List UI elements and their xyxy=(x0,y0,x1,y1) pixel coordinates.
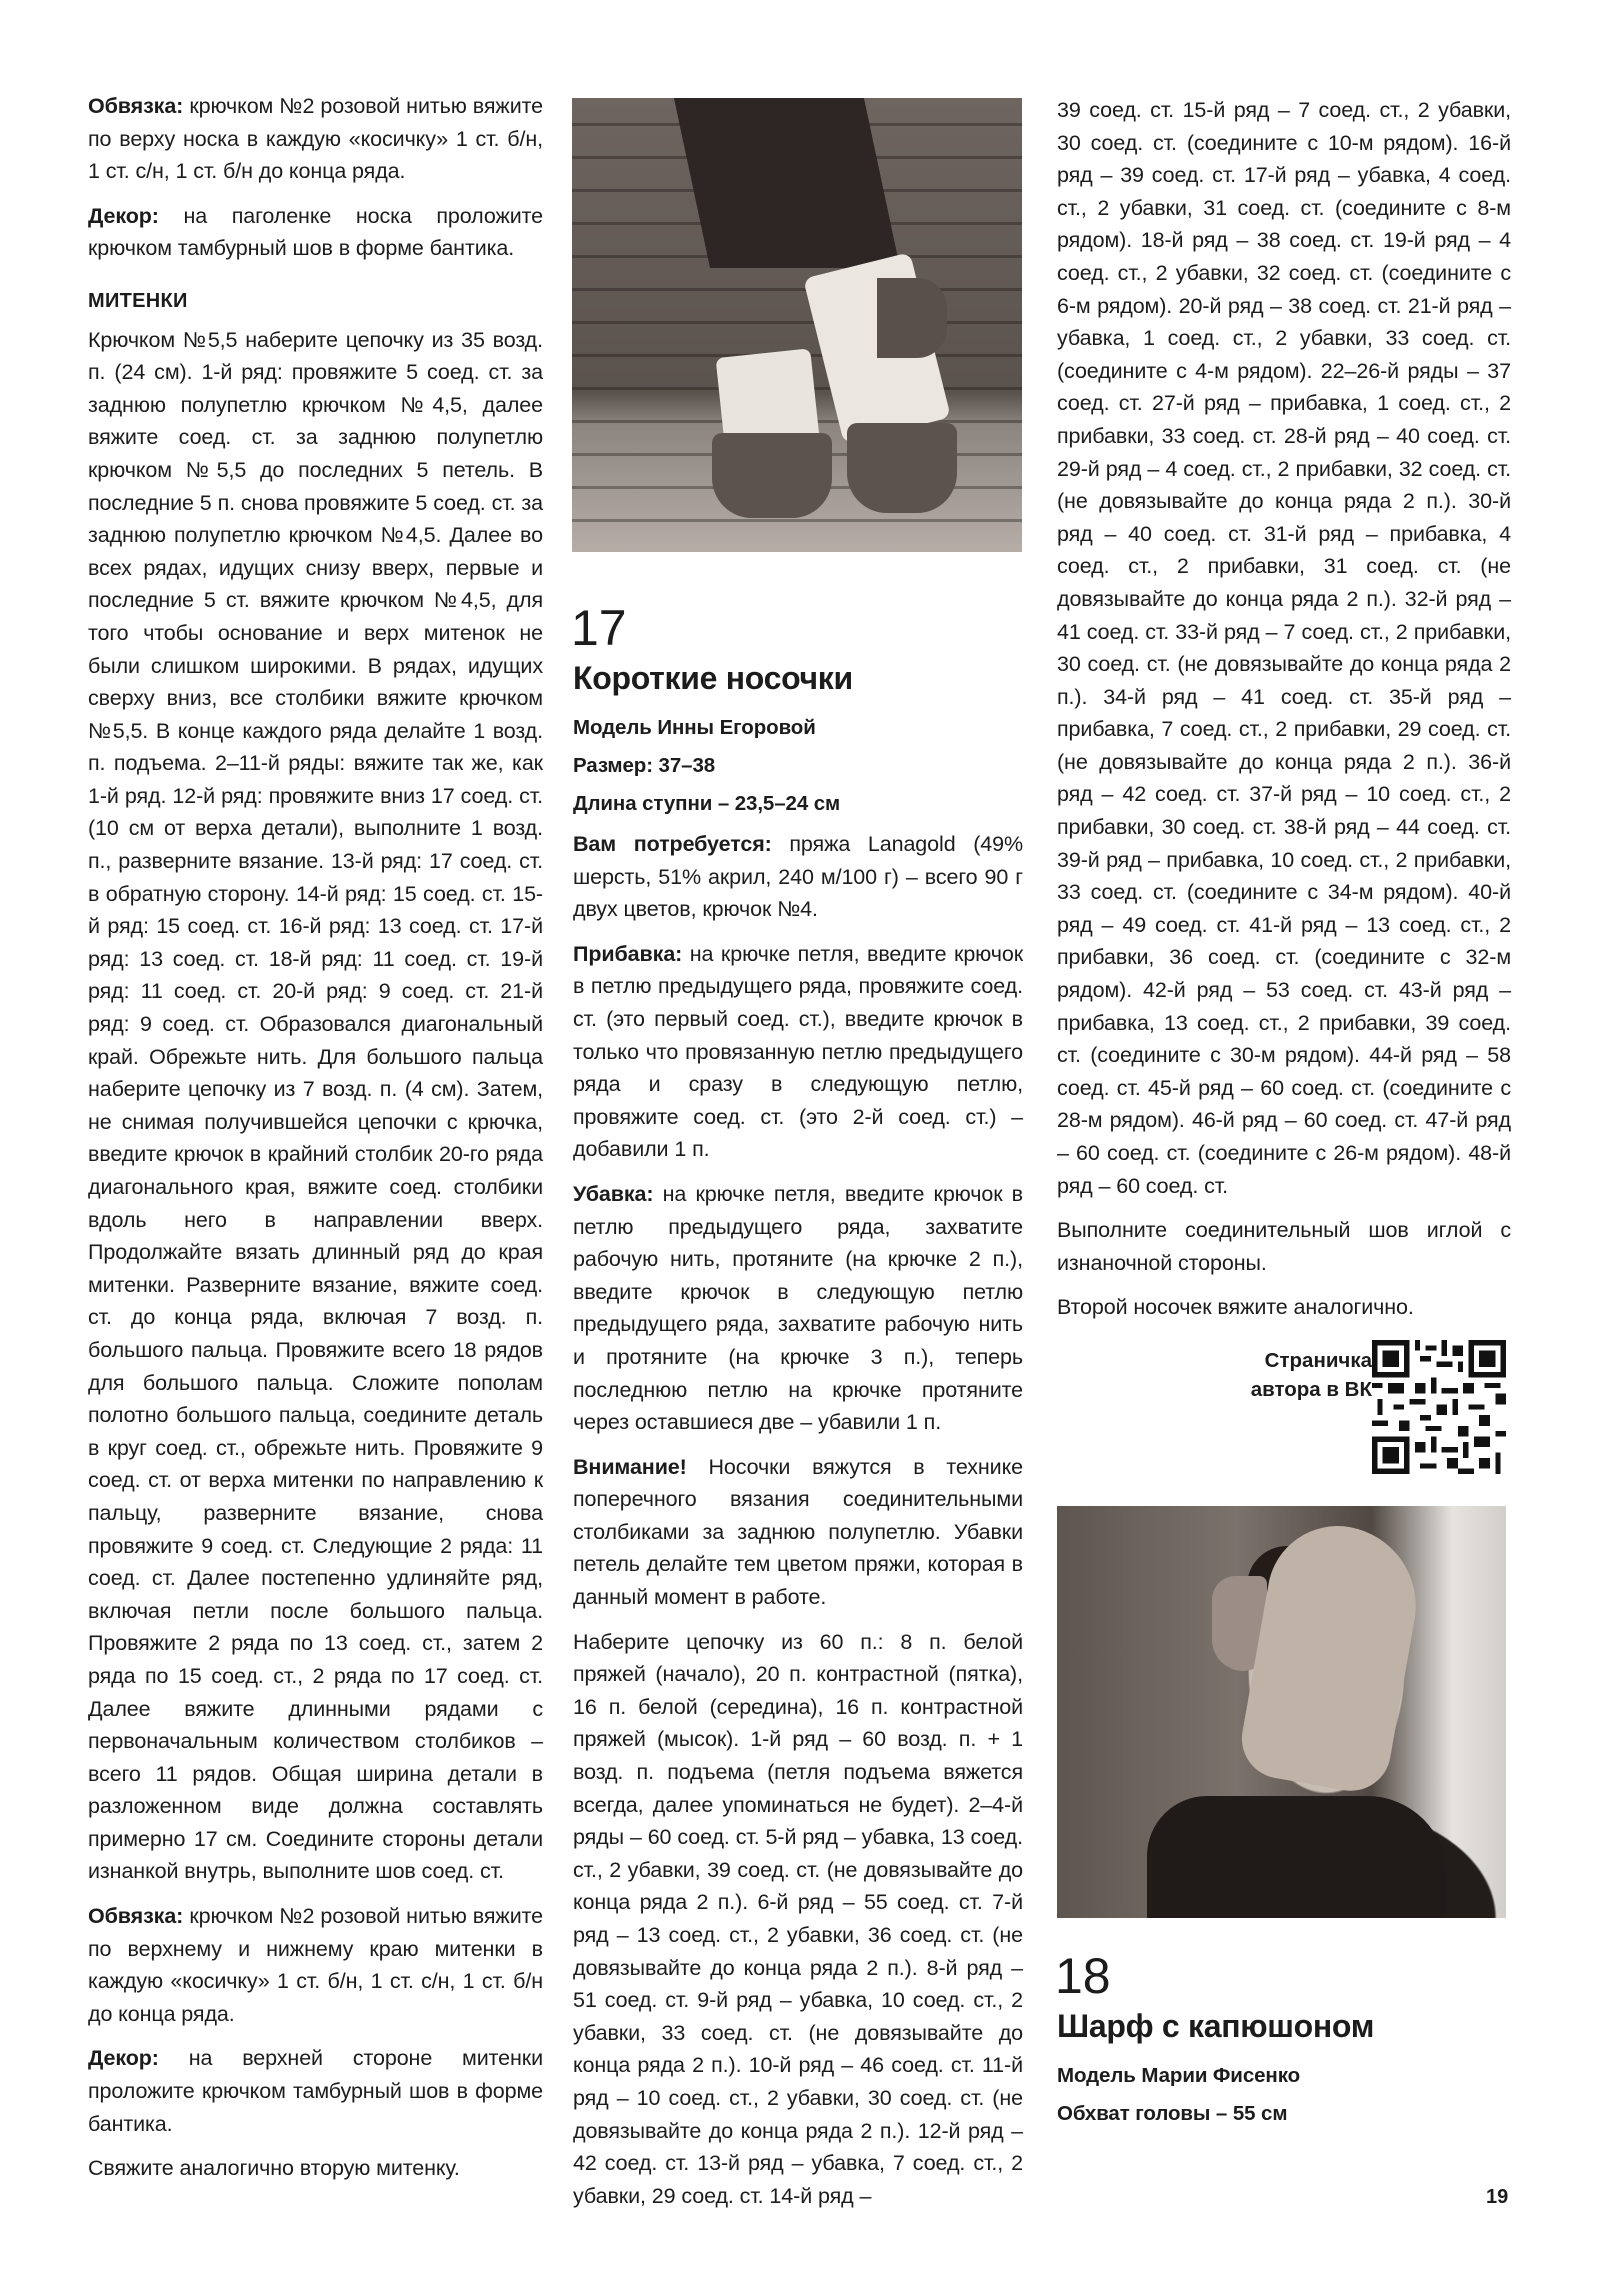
sock-instructions-continued: 39 соед. ст. 15-й ряд – 7 соед. ст., 2 у… xyxy=(1057,94,1511,1202)
right-sock-toe xyxy=(847,423,957,513)
decor-label: Декор: xyxy=(88,2046,159,2070)
column-middle: 17 Короткие носочки Модель Инны Егоровой… xyxy=(573,600,1023,2224)
decrease-label: Убавка: xyxy=(573,1182,653,1206)
seam-paragraph: Выполните соединительный шов иглой с изн… xyxy=(1057,1214,1511,1279)
sock-edging-paragraph: Обвязка: крючком №2 розовой нитью вяжите… xyxy=(88,90,543,188)
page-number: 19 xyxy=(1486,2186,1508,2209)
increase-label: Прибавка: xyxy=(573,942,682,966)
attention-label: Внимание! xyxy=(573,1455,687,1479)
coat xyxy=(1147,1796,1447,1918)
sock-instructions: Наберите цепочку из 60 п.: 8 п. белой пр… xyxy=(573,1626,1023,2213)
pattern-18-header: 18 Шарф с капюшоном Модель Марии Фисенко… xyxy=(1057,1948,1511,2138)
foot-length: Длина ступни – 23,5–24 см xyxy=(573,790,1023,818)
increase-paragraph: Прибавка: на крючке петля, введите крючо… xyxy=(573,938,1023,1166)
left-sock-toe xyxy=(712,433,832,518)
qr-code-icon[interactable] xyxy=(1372,1340,1506,1474)
materials-paragraph: Вам потребуется: пряжа Lanagold (49% шер… xyxy=(573,828,1023,926)
designer: Модель Марии Фисенко xyxy=(1057,2062,1511,2090)
sock-decor-paragraph: Декор: на паголенке носка проложите крюч… xyxy=(88,200,543,265)
column-right: 39 соед. ст. 15-й ряд – 7 соед. ст., 2 у… xyxy=(1057,94,1511,1336)
qr-block: Страничка автора в ВК xyxy=(1226,1340,1506,1480)
materials-label: Вам потребуется: xyxy=(573,832,772,856)
head-circumference: Обхват головы – 55 см xyxy=(1057,2100,1511,2128)
qr-label: Страничка автора в ВК xyxy=(1251,1346,1372,1404)
increase-text: на крючке петля, введите крючок в петлю … xyxy=(573,942,1023,1162)
decrease-text: на крючке петля, введите крючок в петлю … xyxy=(573,1182,1023,1434)
decor-label: Декор: xyxy=(88,204,159,228)
second-sock-paragraph: Второй носочек вяжите аналогично. xyxy=(1057,1291,1511,1324)
pattern-title: Шарф с капюшоном xyxy=(1057,2006,1511,2046)
size: Размер: 37–38 xyxy=(573,752,1023,780)
mitts-closing: Свяжите аналогично вторую митенку. xyxy=(88,2152,543,2185)
edging-label: Обвязка: xyxy=(88,1904,183,1928)
mitts-instructions: Крючком №5,5 наберите цепочку из 35 возд… xyxy=(88,324,543,1889)
attention-paragraph: Внимание! Носочки вяжутся в технике попе… xyxy=(573,1451,1023,1614)
right-sock-heel xyxy=(877,278,947,358)
mitts-heading: МИТЕНКИ xyxy=(88,285,543,318)
trouser-leg xyxy=(674,98,900,268)
decrease-paragraph: Убавка: на крючке петля, введите крючок … xyxy=(573,1178,1023,1439)
mitts-edging-paragraph: Обвязка: крючком №2 розовой нитью вяжите… xyxy=(88,1900,543,2030)
qr-label-line1: Страничка xyxy=(1251,1346,1372,1375)
scarf-photo xyxy=(1057,1506,1506,1918)
pattern-title: Короткие носочки xyxy=(573,658,1023,698)
socks-photo xyxy=(572,98,1022,552)
edging-label: Обвязка: xyxy=(88,94,183,118)
pattern-number: 17 xyxy=(571,600,1023,656)
designer: Модель Инны Егоровой xyxy=(573,714,1023,742)
qr-label-line2: автора в ВК xyxy=(1251,1375,1372,1404)
pattern-number: 18 xyxy=(1055,1948,1511,2004)
column-left: Обвязка: крючком №2 розовой нитью вяжите… xyxy=(88,90,543,2197)
mitts-decor-paragraph: Декор: на верхней стороне митенки пролож… xyxy=(88,2042,543,2140)
